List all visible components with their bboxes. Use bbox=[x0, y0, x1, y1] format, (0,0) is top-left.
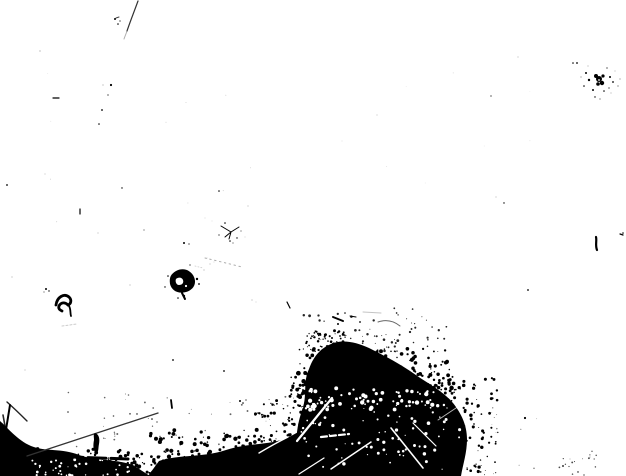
grunge-texture-svg bbox=[0, 0, 626, 476]
grunge-texture-image bbox=[0, 0, 626, 476]
